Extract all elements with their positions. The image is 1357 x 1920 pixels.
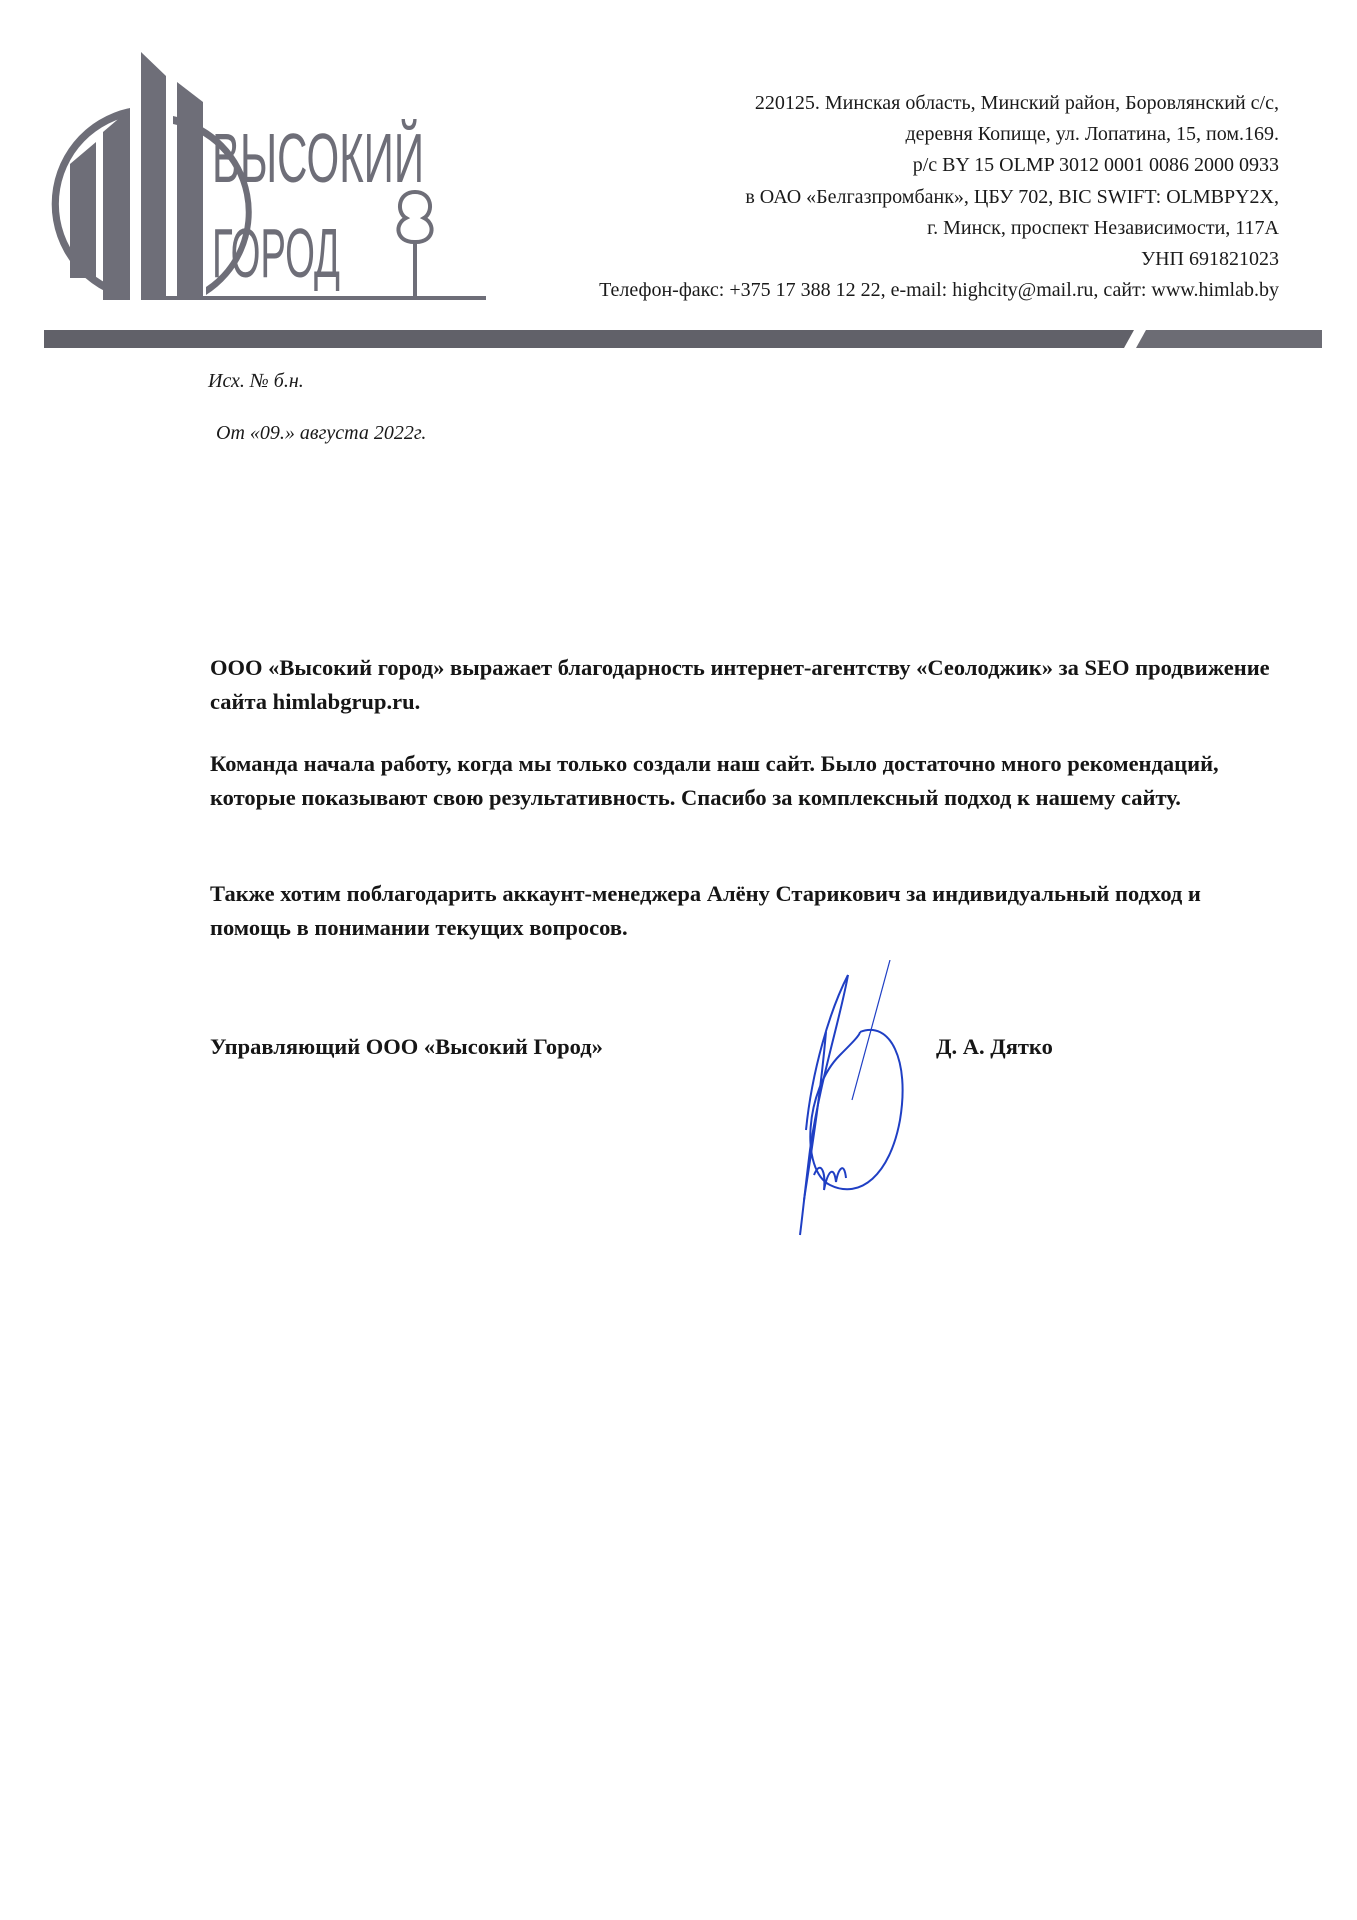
paragraph-team: Команда начала работу, когда мы только с… <box>210 747 1270 815</box>
paragraph-manager: Также хотим поблагодарить аккаунт-менедж… <box>210 877 1270 945</box>
paragraph-text: ООО «Высокий город» выражает благодарнос… <box>210 651 1270 719</box>
bank-line: в ОАО «Белгазпромбанк», ЦБУ 702, BIC SWI… <box>419 182 1279 213</box>
outgoing-reference: Исх. № б.н. <box>208 370 304 393</box>
contacts-line: Телефон-факс: +375 17 388 12 22, e-mail:… <box>419 275 1279 306</box>
address-line: 220125. Минская область, Минский район, … <box>419 88 1279 119</box>
bank-account-line: р/с BY 15 OLMP 3012 0001 0086 2000 0933 <box>419 150 1279 181</box>
header-divider <box>44 328 1322 350</box>
unp-line: УНП 691821023 <box>419 244 1279 275</box>
paragraph-text: Также хотим поблагодарить аккаунт-менедж… <box>210 877 1270 945</box>
signer-title: Управляющий ООО «Высокий Город» <box>210 1034 603 1060</box>
address-line: деревня Копище, ул. Лопатина, 15, пом.16… <box>419 119 1279 150</box>
signer-name: Д. А. Дятко <box>936 1034 1053 1060</box>
company-requisites: 220125. Минская область, Минский район, … <box>419 88 1279 306</box>
handwritten-signature <box>760 960 960 1240</box>
logo-line1: ВЫСОКИЙ <box>212 118 424 197</box>
bank-address-line: г. Минск, проспект Независимости, 117А <box>419 213 1279 244</box>
logo-line2: ГОРОД <box>212 214 340 292</box>
paragraph-gratitude: ООО «Высокий город» выражает благодарнос… <box>210 651 1270 719</box>
letter-date: От «09.» августа 2022г. <box>216 422 426 445</box>
paragraph-text: Команда начала работу, когда мы только с… <box>210 747 1270 815</box>
